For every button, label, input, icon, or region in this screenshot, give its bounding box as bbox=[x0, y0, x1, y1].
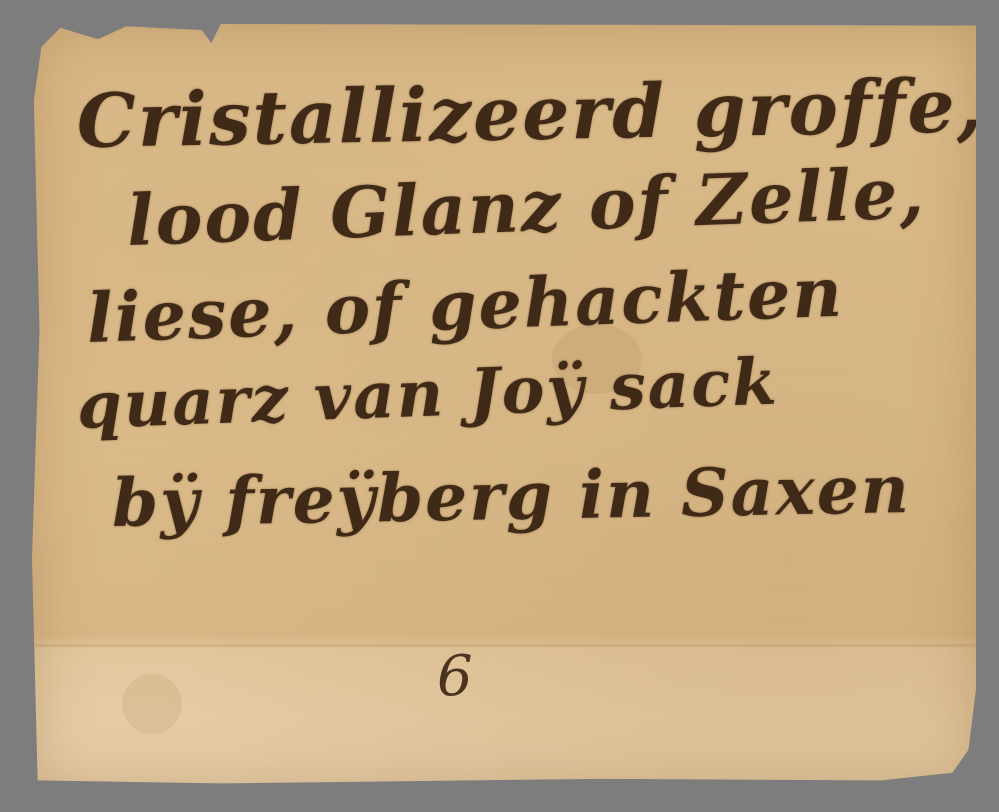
handwritten-line-2: lood Glanz of Zelle, bbox=[126, 151, 927, 262]
specimen-label-paper: Cristallizeerd groffe, lood Glanz of Zel… bbox=[32, 24, 976, 788]
handwritten-line-5: bÿ freÿberg in Saxen bbox=[111, 450, 911, 542]
paper-stain bbox=[122, 674, 182, 734]
specimen-number: 6 bbox=[437, 644, 473, 709]
handwritten-line-3: liese, of gehackten bbox=[86, 253, 845, 359]
paper-fold-line bbox=[32, 644, 976, 647]
handwritten-line-4: quarz van Joÿ sack bbox=[76, 345, 780, 444]
handwritten-line-1: Cristallizeerd groffe, bbox=[76, 63, 985, 165]
